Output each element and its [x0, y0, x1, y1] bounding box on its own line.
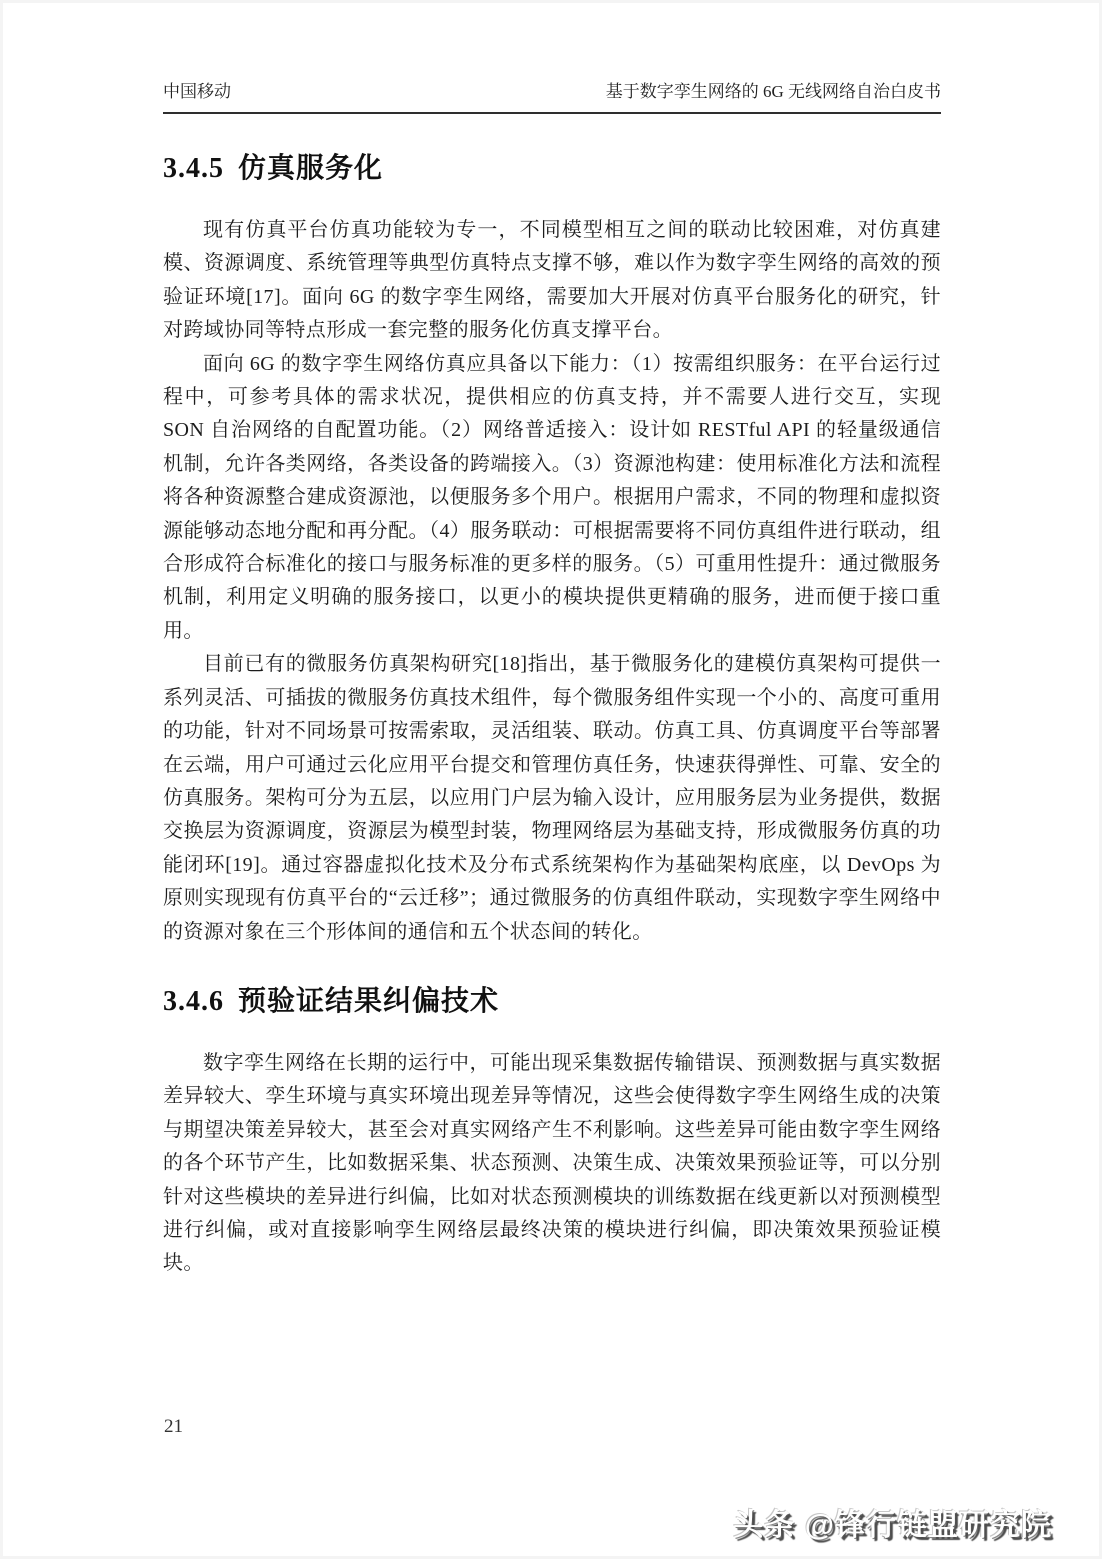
paragraph: 现有仿真平台仿真功能较为专一，不同模型相互之间的联动比较困难，对仿真建模、资源调…	[163, 214, 941, 348]
header-right-label: 基于数字孪生网络的 6G 无线网络自治白皮书	[606, 80, 941, 104]
paragraph: 数字孪生网络在长期的运行中，可能出现采集数据传输错误、预测数据与真实数据差异较大…	[163, 1047, 941, 1281]
header-divider	[163, 112, 941, 114]
section-title: 预验证结果纠偏技术	[238, 986, 499, 1017]
paragraph: 面向 6G 的数字孪生网络仿真应具备以下能力：（1）按需组织服务：在平台运行过程…	[163, 348, 941, 649]
page-header: 中国移动 基于数字孪生网络的 6G 无线网络自治白皮书	[163, 80, 941, 104]
watermark-text: 头条 @锋行链盟研究院	[733, 1500, 1052, 1544]
document-page: 中国移动 基于数字孪生网络的 6G 无线网络自治白皮书 3.4.5仿真服务化 现…	[0, 0, 1102, 1559]
section-title: 仿真服务化	[238, 153, 383, 184]
page-number: 21	[164, 1416, 183, 1438]
section-heading-3-4-6: 3.4.6预验证结果纠偏技术	[163, 983, 941, 1021]
section-heading-3-4-5: 3.4.5仿真服务化	[163, 150, 941, 188]
section-number: 3.4.5	[163, 153, 224, 184]
paragraph: 目前已有的微服务仿真架构研究[18]指出，基于微服务化的建模仿真架构可提供一系列…	[163, 648, 941, 949]
section-number: 3.4.6	[163, 986, 224, 1017]
header-left-label: 中国移动	[163, 80, 231, 104]
